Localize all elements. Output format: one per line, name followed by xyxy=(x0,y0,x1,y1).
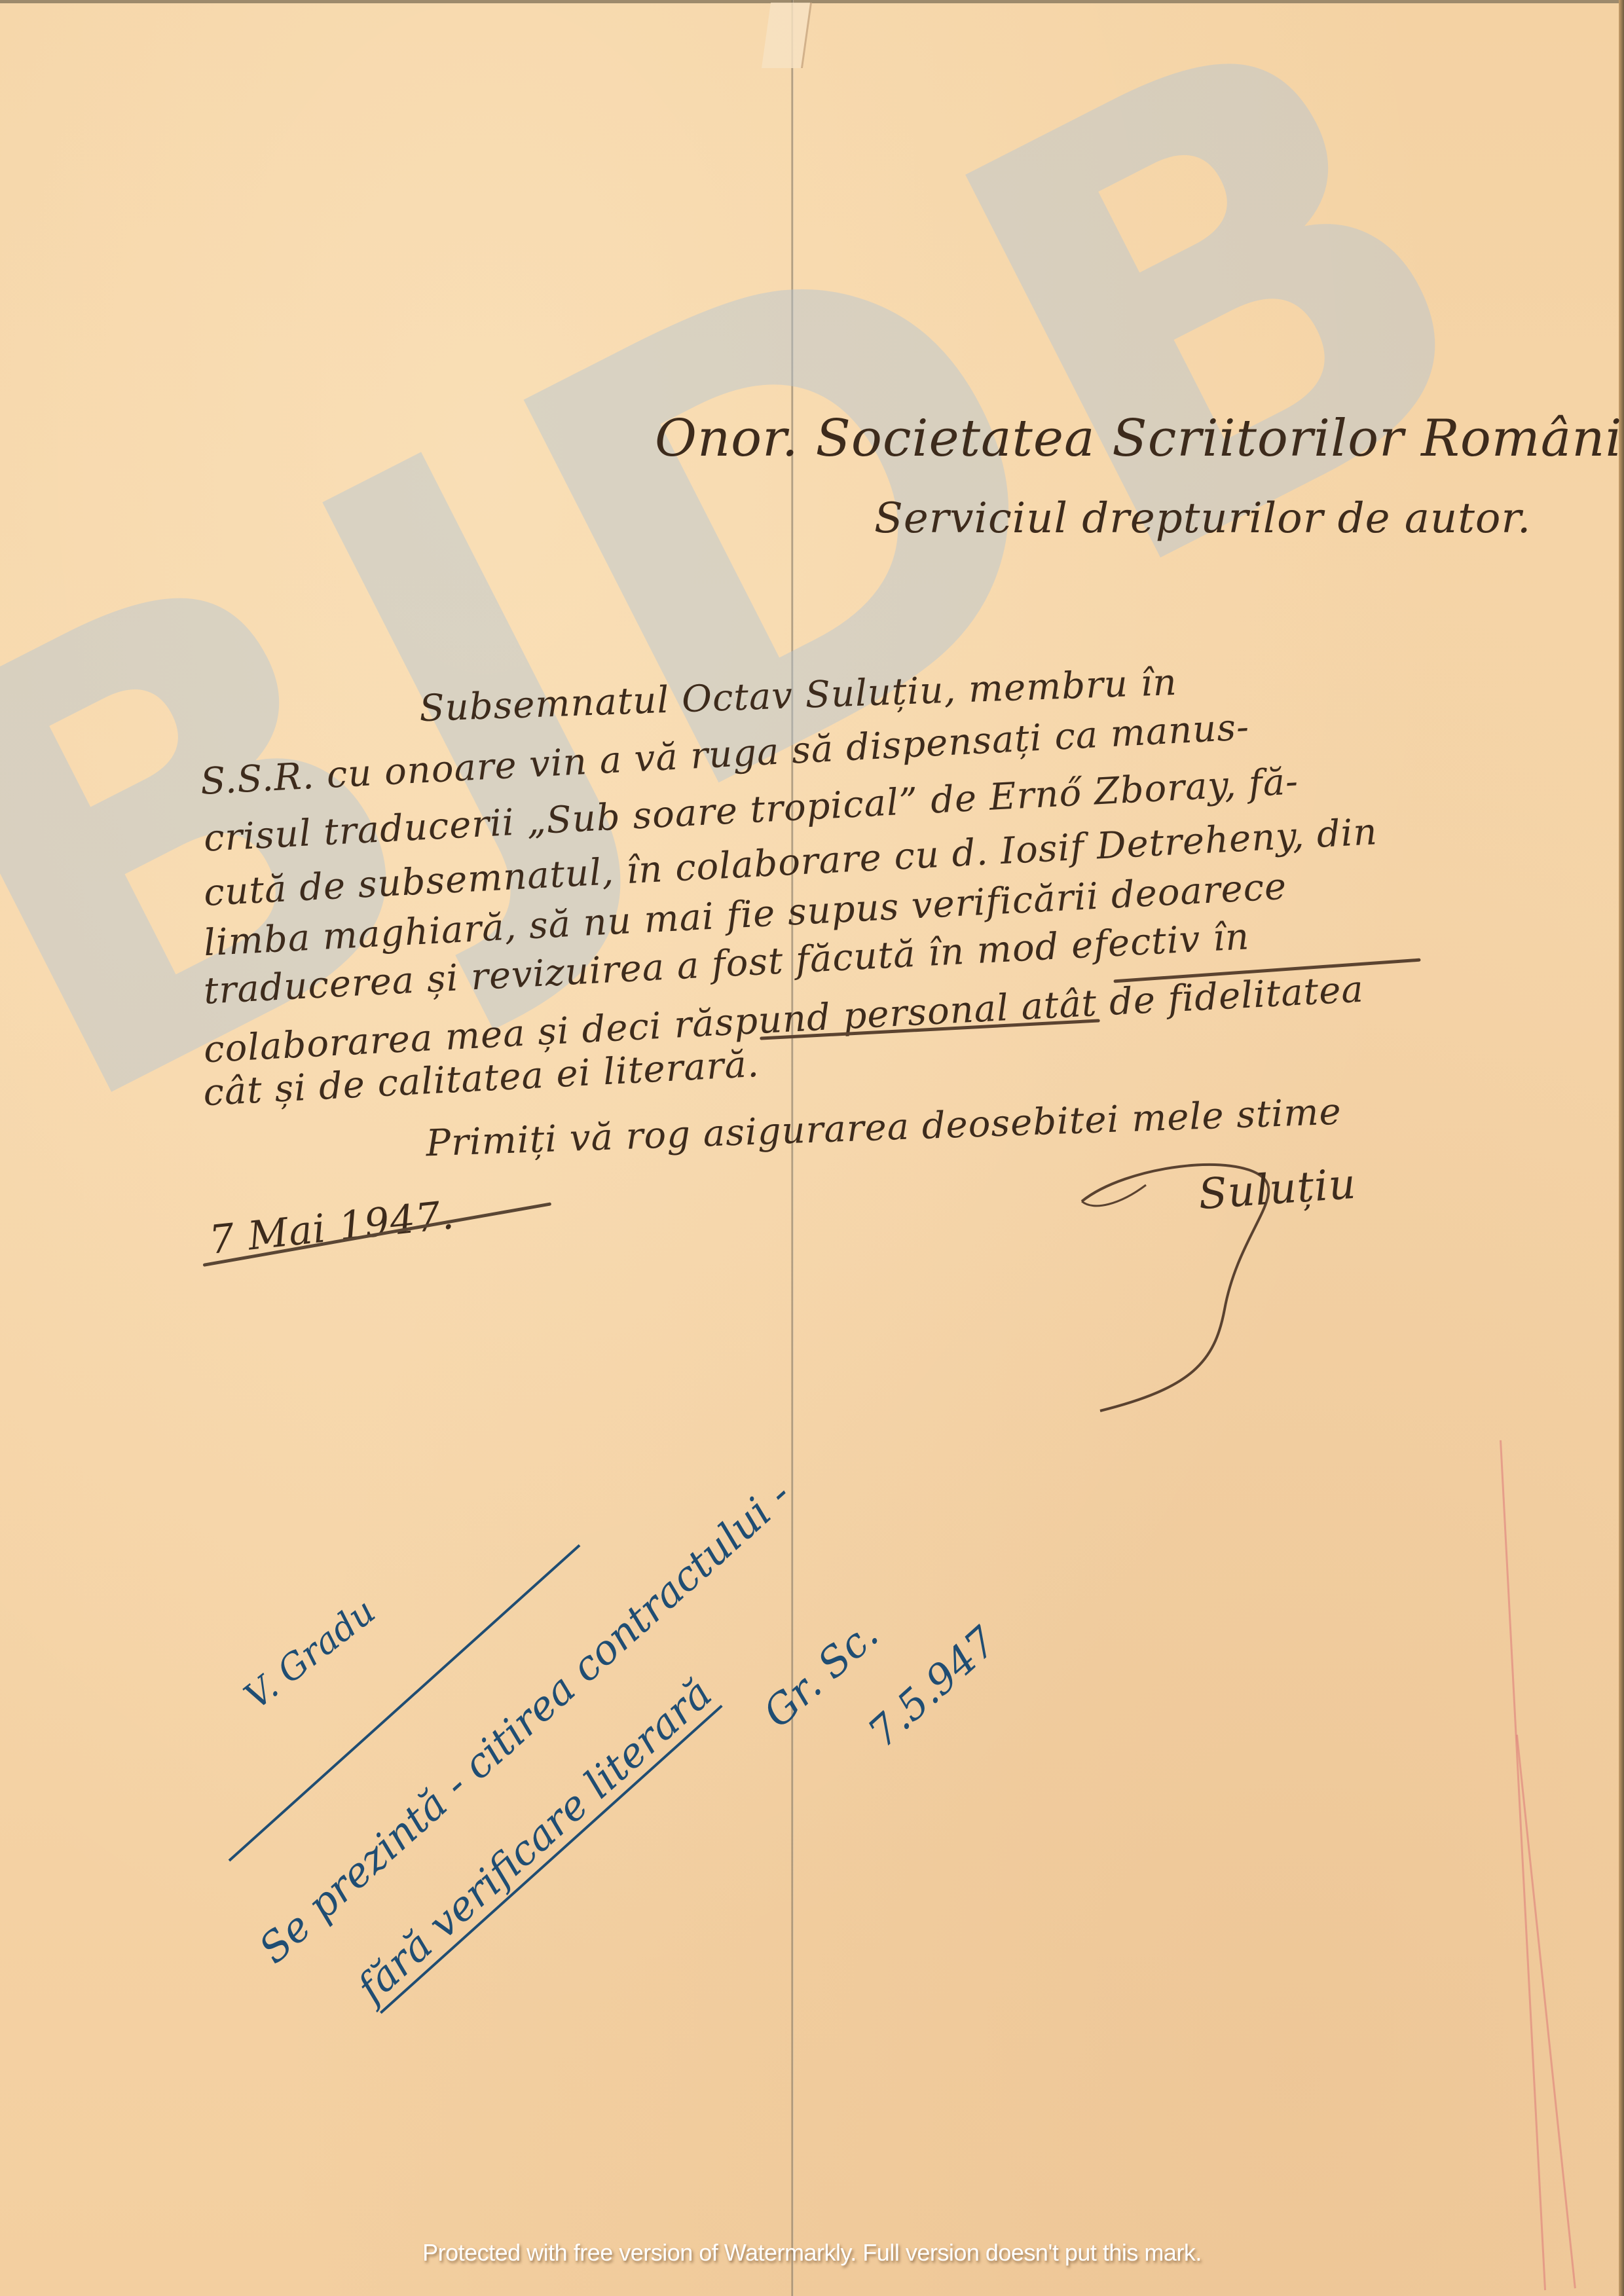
annotation-line: Se prezintă - citirea contractului - xyxy=(249,1470,800,1973)
addressee-line-1: Onor. Societatea Scriitorilor Români xyxy=(655,409,1622,468)
paper-right-edge xyxy=(1619,0,1624,2296)
paper-top-edge xyxy=(0,0,1624,3)
addressee-line-2: Serviciul drepturilor de autor. xyxy=(874,494,1531,543)
watermarkly-notice: Protected with free version of Watermark… xyxy=(0,2239,1624,2267)
blue-ink-annotation: V. Gradu Se prezintă - citirea contractu… xyxy=(216,1322,1133,2043)
annotation-header: V. Gradu xyxy=(236,1590,382,1717)
